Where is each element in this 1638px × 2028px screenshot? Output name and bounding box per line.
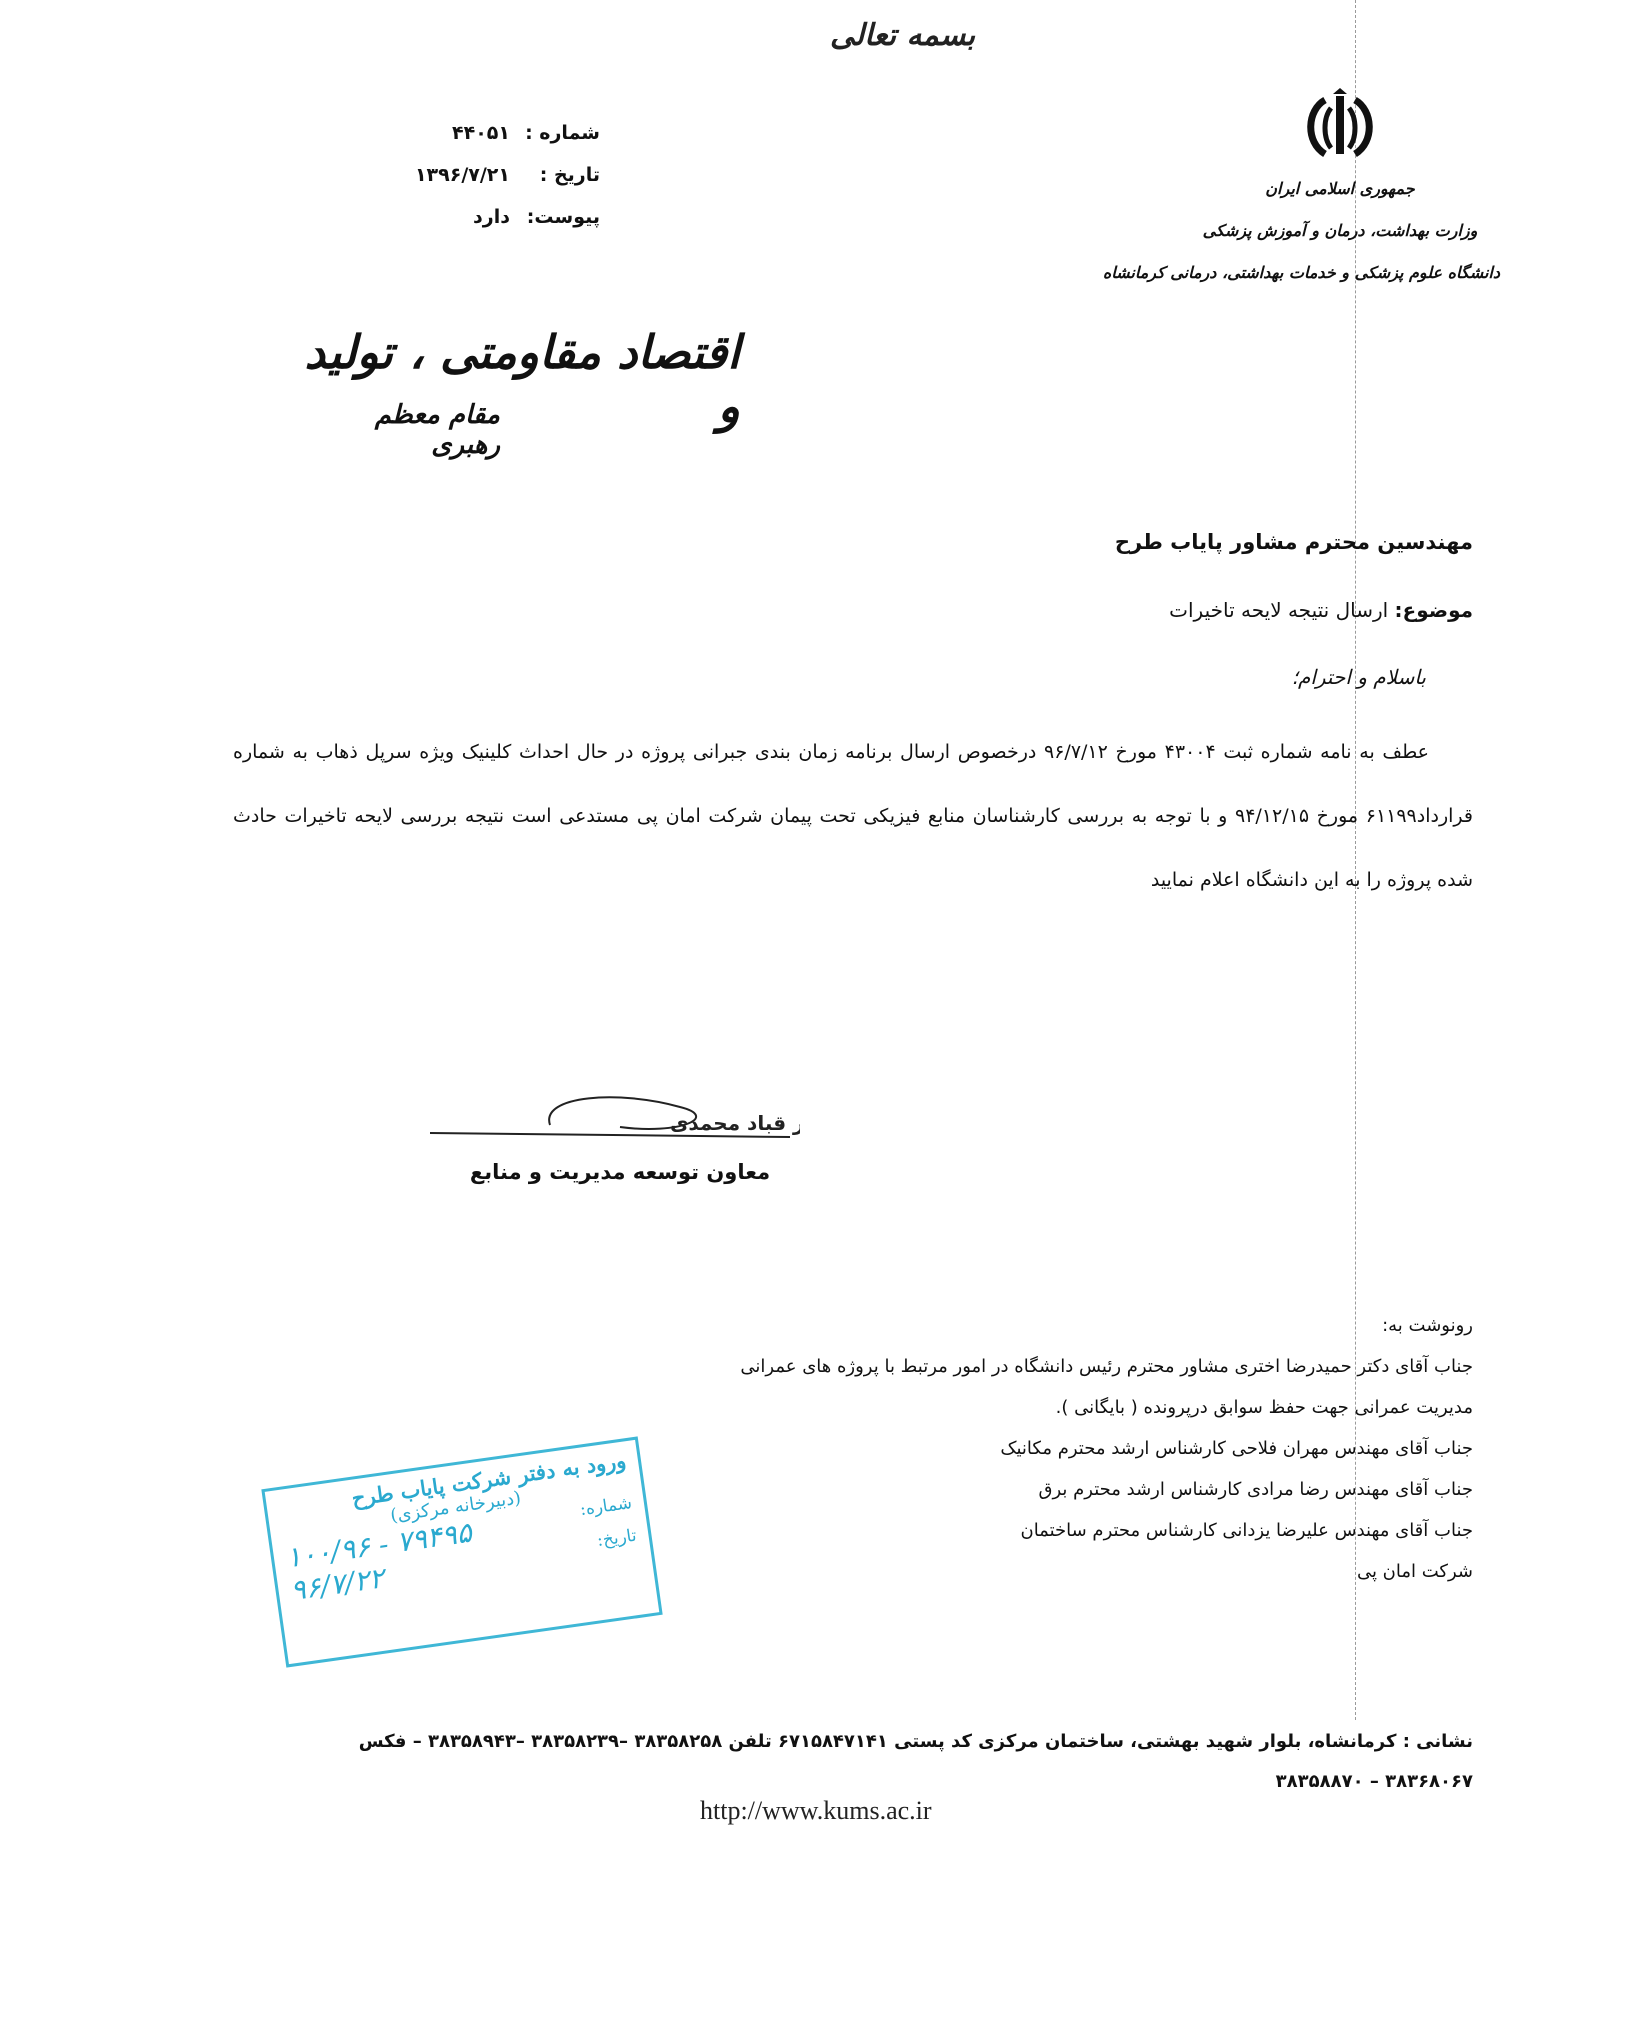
stamp-date-label: تاریخ: xyxy=(596,1526,640,1564)
letter-greeting: باسلام و احترام؛ xyxy=(1292,665,1426,689)
org-line-ministry: وزارت بهداشت، درمان و آموزش پزشکی xyxy=(1180,210,1500,252)
letter-body: عطف به نامه شماره ثبت ۴۳۰۰۴ مورخ ۹۶/۷/۱۲… xyxy=(233,720,1473,912)
meta-label: تاریخ : xyxy=(510,154,600,196)
subject-text: ارسال نتیجه لایحه تاخیرات xyxy=(1169,598,1388,622)
subject-label: موضوع: xyxy=(1395,598,1473,622)
carbon-copy-list: رونوشت به: جناب آقای دکتر حمیدرضا اختری … xyxy=(533,1305,1473,1592)
org-line-country: جمهوری اسلامی ایران xyxy=(1180,168,1500,210)
footer-url[interactable]: http://www.kums.ac.ir xyxy=(700,1796,932,1826)
signer-title: معاون توسعه مدیریت و منابع xyxy=(460,1160,780,1184)
meta-value: ۴۴۰۵۱ xyxy=(452,112,510,154)
cc-item: جناب آقای مهندس رضا مرادی کارشناس ارشد م… xyxy=(533,1469,1473,1510)
footer-address: نشانی : کرمانشاه، بلوار شهید بهشتی، ساخت… xyxy=(273,1722,1473,1802)
receipt-stamp: ورود به دفتر شرکت پایاب طرح (دبیرخانه مر… xyxy=(261,1436,662,1667)
meta-date: تاریخ : ۱۳۹۶/۷/۲۱ xyxy=(380,154,600,196)
slogan-source: مقام معظم رهبری xyxy=(300,400,500,460)
organization-header: جمهوری اسلامی ایران وزارت بهداشت، درمان … xyxy=(1180,88,1500,294)
meta-number: شماره : ۴۴۰۵۱ xyxy=(380,112,600,154)
cc-item: مدیریت عمرانی جهت حفظ سوابق درپرونده ( ب… xyxy=(533,1387,1473,1428)
bismillah-header: بسمه تعالی xyxy=(830,18,975,53)
meta-value: ۱۳۹۶/۷/۲۱ xyxy=(415,154,510,196)
meta-label: شماره : xyxy=(510,112,600,154)
signature-scribble-icon: دکتر قباد محمدی xyxy=(420,1085,800,1155)
body-paragraph: عطف به نامه شماره ثبت ۴۳۰۰۴ مورخ ۹۶/۷/۱۲… xyxy=(233,720,1473,912)
meta-value: دارد xyxy=(473,196,510,238)
letter-meta: شماره : ۴۴۰۵۱ تاریخ : ۱۳۹۶/۷/۲۱ پیوست: د… xyxy=(380,112,600,238)
cc-item: شرکت امان پی xyxy=(533,1551,1473,1592)
org-line-university: دانشگاه علوم پزشکی و خدمات بهداشتی، درما… xyxy=(1180,252,1500,294)
cc-item: جناب آقای دکتر حمیدرضا اختری مشاور محترم… xyxy=(533,1346,1473,1387)
cc-label: رونوشت به: xyxy=(533,1305,1473,1346)
cc-item: جناب آقای مهندس مهران فلاحی کارشناس ارشد… xyxy=(533,1428,1473,1469)
meta-label: پیوست: xyxy=(510,196,600,238)
letter-recipient: مهندسین محترم مشاور پایاب طرح xyxy=(1115,530,1473,554)
cc-item: جناب آقای مهندس علیرضا یزدانی کارشناس مح… xyxy=(533,1510,1473,1551)
meta-attachment: پیوست: دارد xyxy=(380,196,600,238)
letter-subject: موضوع: ارسال نتیجه لایحه تاخیرات xyxy=(1169,598,1473,622)
iran-emblem-icon xyxy=(1295,88,1385,164)
signer-name: دکتر قباد محمدی xyxy=(670,1111,800,1135)
